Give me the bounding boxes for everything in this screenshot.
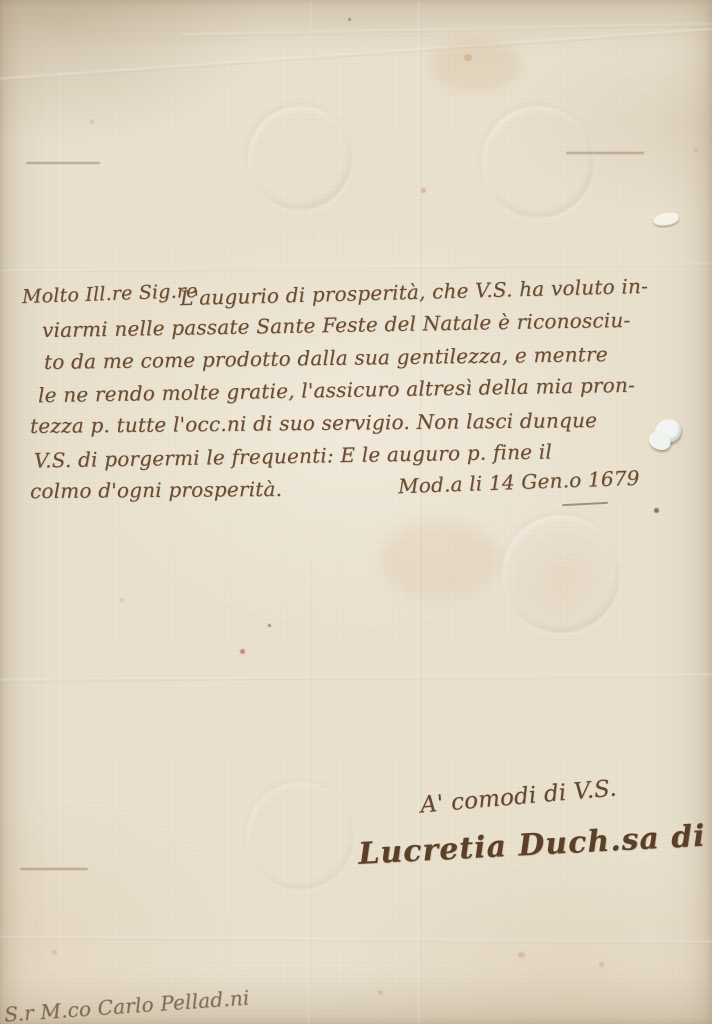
fold-crease [0,936,712,944]
embossed-seal [502,515,620,633]
foxing-spot [378,990,383,995]
embossed-seal [482,106,594,218]
foxing-spot [518,952,525,958]
edge-tear [26,162,100,164]
dateline: Mod.a li 14 Gen.o 1679 [398,466,640,498]
stain [430,40,520,90]
body-line: tezza p. tutte l'occ.ni di suo servigio.… [30,408,597,438]
signature: Lucretia Duch.sa di Mod.na [357,811,712,872]
fold-crease [0,263,712,273]
edge-tear [20,868,88,870]
body-line: V.S. di porgermi le frequenti: E le augu… [34,439,552,472]
stain [380,520,500,600]
salutation: Molto Ill.re Sig.re [22,280,198,308]
embossed-seal [248,106,352,210]
closing-formula: A' comodi di V.S. [419,775,617,818]
foxing-spot [240,649,245,654]
body-line: L'augurio di prosperità, che V.S. ha vol… [180,274,649,310]
body-line: viarmi nelle passate Sante Feste del Nat… [42,308,631,342]
ink-speck [348,18,351,21]
paper-flake [652,211,680,227]
foxing-spot [694,148,698,152]
fold-crease [0,674,712,682]
body-line: le ne rendo molte gratie, l'assicuro alt… [38,373,635,407]
manuscript-page: Molto Ill.re Sig.re L'augurio di prosper… [0,0,712,1024]
embossed-seal [246,782,354,890]
fold-crease [0,27,712,81]
pen-dash [562,502,608,506]
address-fragment: S.r M.co Carlo Pellad.ni [3,985,250,1024]
body-line: to da me come prodotto dalla sua gentile… [44,342,608,374]
foxing-spot [120,598,124,602]
foxing-spot [52,950,57,955]
foxing-spot [464,54,472,61]
ink-speck [654,508,659,513]
paper-chip [653,417,683,446]
ink-speck [268,624,271,627]
fold-crease [418,0,421,1024]
foxing-spot [90,120,94,124]
foxing-spot [599,962,604,967]
foxing-spot [421,188,426,193]
body-line: colmo d'ogni prosperità. [30,477,282,503]
